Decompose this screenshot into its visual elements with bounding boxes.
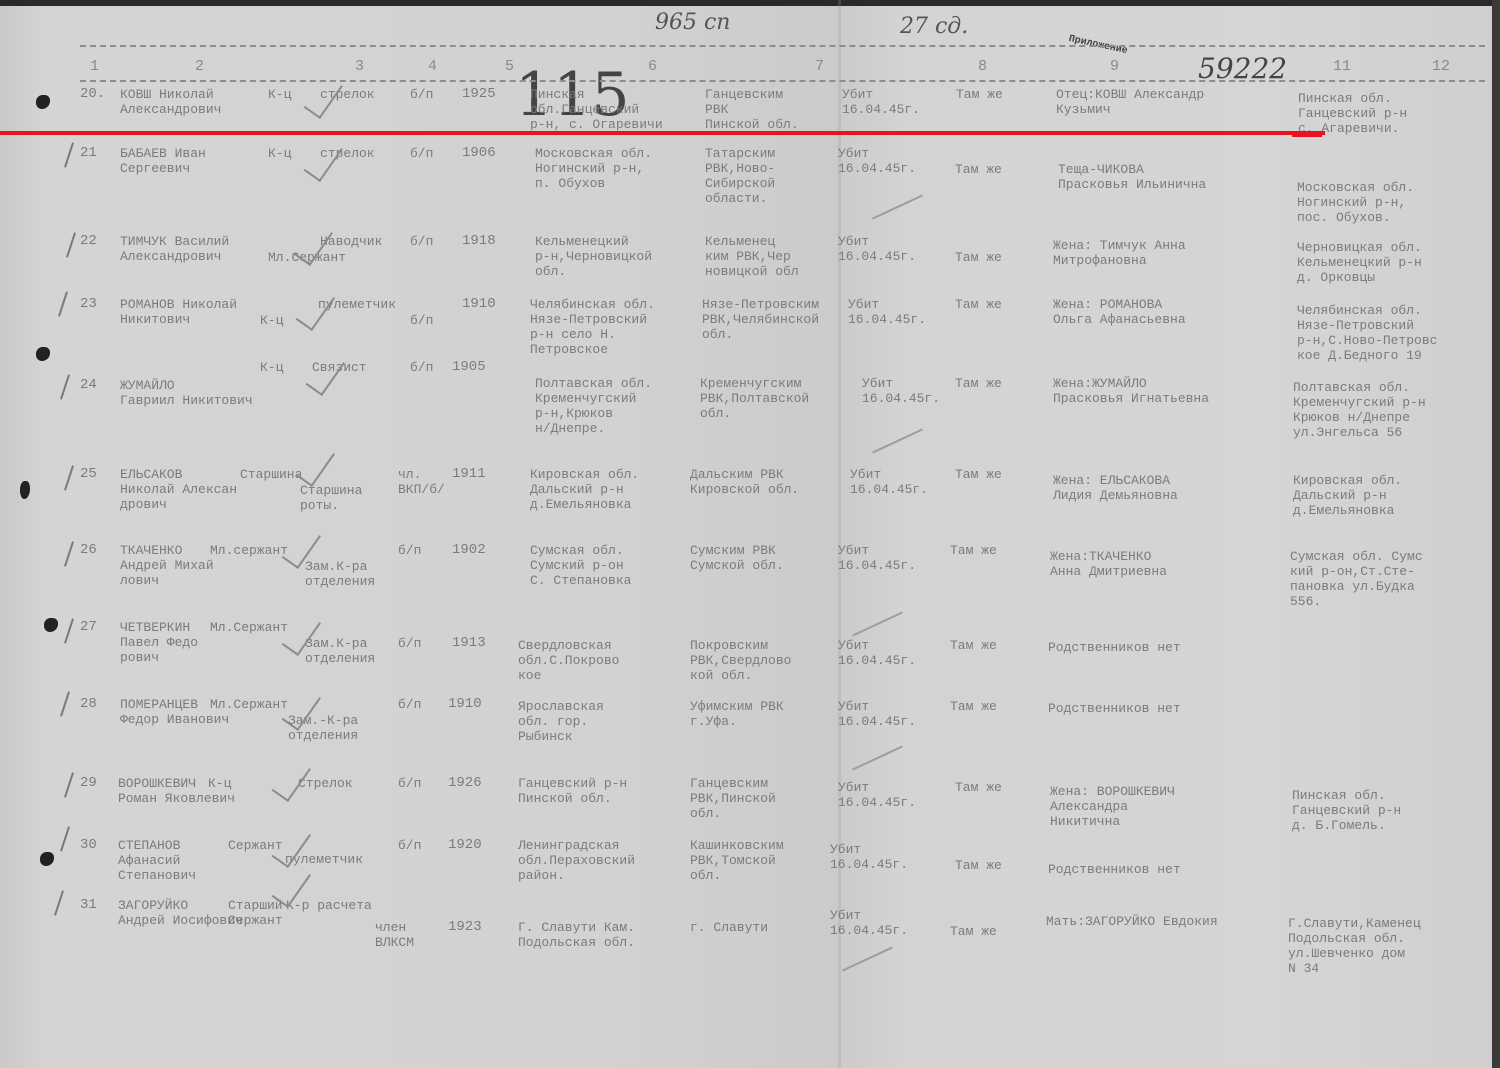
burial-place: Там же xyxy=(955,250,1002,265)
party-status: член ВЛКСМ xyxy=(375,920,414,950)
military-rank: Мл.сержант xyxy=(210,543,288,558)
ink-blot xyxy=(36,347,50,361)
birthplace: Г. Славути Кам. Подольская обл. xyxy=(518,920,635,950)
military-rank: К-ц xyxy=(208,776,231,791)
record-number: 27 xyxy=(80,620,97,635)
birthplace: Кировская обл. Дальский р-н д.Емельяновк… xyxy=(530,467,639,512)
position: Стрелок xyxy=(298,776,353,791)
draft-office: Ганцевским РВК Пинской обл. xyxy=(705,87,799,132)
record-number: 22 xyxy=(80,234,97,249)
fate-date: Убит 16.04.45г. xyxy=(838,146,916,176)
record-number: 25 xyxy=(80,467,97,482)
next-of-kin: Жена: РОМАНОВА Ольга Афанасьевна xyxy=(1053,297,1186,327)
birthplace: Свердловская обл.С.Покрово кое xyxy=(518,638,619,683)
margin-tick-mark xyxy=(64,618,74,643)
record-number: 30 xyxy=(80,838,97,853)
next-of-kin: Родственников нет xyxy=(1048,640,1181,655)
party-status: б/п xyxy=(398,838,421,853)
margin-tick-mark xyxy=(60,691,70,716)
margin-tick-mark xyxy=(64,541,74,566)
birthplace: Пинская обл.Ганцевский р-н, с. Огаревичи xyxy=(530,87,663,132)
draft-office: Кельменец ким РВК,Чер новицкой обл xyxy=(705,234,799,279)
column-number-6: 6 xyxy=(648,58,657,75)
soldier-name: ЕЛЬСАКОВ Николай Алексан дрович xyxy=(120,467,237,512)
burial-place: Там же xyxy=(950,699,997,714)
fate-date: Убит 16.04.45г. xyxy=(848,297,926,327)
position: Зам.К-ра отделения xyxy=(305,636,375,666)
header-rule-top xyxy=(80,45,1485,47)
burial-place: Там же xyxy=(956,87,1003,102)
red-highlight-underline xyxy=(0,131,1325,135)
birthplace: Ганцевский р-н Пинской обл. xyxy=(518,776,627,806)
draft-office: г. Славути xyxy=(690,920,768,935)
next-of-kin: Жена: Тимчук Анна Митрофановна xyxy=(1053,238,1186,268)
column-number-5: 5 xyxy=(505,58,514,75)
military-rank: К-ц xyxy=(268,146,291,161)
next-of-kin: Мать:ЗАГОРУЙКО Евдокия xyxy=(1046,914,1218,929)
burial-place: Там же xyxy=(955,858,1002,873)
next-of-kin: Отец:КОВШ Александр Кузьмич xyxy=(1056,87,1204,117)
margin-tick-mark xyxy=(54,890,64,915)
pencil-stroke xyxy=(842,946,893,971)
birth-year: 1926 xyxy=(448,776,482,791)
margin-tick-mark xyxy=(60,826,70,851)
military-rank: К-ц xyxy=(260,360,283,375)
handwritten-division-note: 27 сд. xyxy=(900,14,968,39)
birth-year: 1910 xyxy=(462,297,496,312)
fate-date: Убит 16.04.45г. xyxy=(830,842,908,872)
party-status: б/п xyxy=(410,87,433,102)
soldier-name: ЗАГОРУЙКО Андрей Иосифович xyxy=(118,898,243,928)
column-number-3: 3 xyxy=(355,58,364,75)
next-of-kin: Теща-ЧИКОВА Прасковья Ильинична xyxy=(1058,162,1206,192)
burial-place: Там же xyxy=(950,638,997,653)
burial-place: Там же xyxy=(955,780,1002,795)
margin-tick-mark xyxy=(58,291,68,316)
fate-date: Убит 16.04.45г. xyxy=(838,699,916,729)
home-address: Пинская обл. Ганцевский р-н с. Агаревичи… xyxy=(1298,91,1407,136)
draft-office: Татарским РВК,Ново- Сибирской области. xyxy=(705,146,775,206)
column-number-1: 1 xyxy=(90,58,99,75)
soldier-name: ТИМЧУК Василий Александрович xyxy=(120,234,229,264)
birthplace: Ярославская обл. гор. Рыбинск xyxy=(518,699,604,744)
scan-edge-right xyxy=(1492,0,1500,1068)
record-number: 24 xyxy=(80,378,97,393)
burial-place: Там же xyxy=(955,297,1002,312)
next-of-kin: Родственников нет xyxy=(1048,862,1181,877)
soldier-name: ЖУМАЙЛО Гавриил Никитович xyxy=(120,378,253,408)
position: Зам.К-ра отделения xyxy=(305,559,375,589)
draft-office: Ганцевским РВК,Пинской обл. xyxy=(690,776,776,821)
margin-tick-mark xyxy=(66,232,76,257)
record-number: 20. xyxy=(80,87,105,102)
home-address: Черновицкая обл. Кельменецкий р-н д. Орк… xyxy=(1297,240,1422,285)
record-number: 29 xyxy=(80,776,97,791)
scan-edge-top xyxy=(0,0,1500,6)
record-number: 28 xyxy=(80,697,97,712)
ink-blot xyxy=(36,95,50,109)
draft-office: Покровским РВК,Свердлово кой обл. xyxy=(690,638,791,683)
soldier-name: КОВШ Николай Александрович xyxy=(120,87,221,117)
military-rank: К-ц xyxy=(260,313,283,328)
birthplace: Сумская обл. Сумский р-он С. Степановка xyxy=(530,543,631,588)
next-of-kin: Жена: ВОРОШКЕВИЧ Александра Никитична xyxy=(1050,784,1175,829)
burial-place: Там же xyxy=(955,162,1002,177)
home-address: Пинская обл. Ганцевский р-н д. Б.Гомель. xyxy=(1292,788,1401,833)
ink-blot xyxy=(20,481,30,499)
scanned-document-page: 965 сп 27 сд. Приложение 59222 115 1 2 3… xyxy=(0,0,1500,1068)
next-of-kin: Жена:ЖУМАЙЛО Прасковья Игнатьевна xyxy=(1053,376,1209,406)
ink-blot xyxy=(44,618,58,632)
draft-office: Уфимским РВК г.Уфа. xyxy=(690,699,784,729)
party-status: б/п xyxy=(410,146,433,161)
column-number-8: 8 xyxy=(978,58,987,75)
birth-year: 1920 xyxy=(448,838,482,853)
home-address: Сумская обл. Сумс кий р-он,Ст.Сте- панов… xyxy=(1290,549,1423,609)
party-status: б/п xyxy=(398,776,421,791)
birth-year: 1905 xyxy=(452,360,486,375)
birthplace: Московская обл. Ногинский р-н, п. Обухов xyxy=(535,146,652,191)
birth-year: 1902 xyxy=(452,543,486,558)
home-address: Челябинская обл. Нязе-Петровский р-н,С.Н… xyxy=(1297,303,1437,363)
fate-date: Убит 16.04.45г. xyxy=(838,543,916,573)
draft-office: Кременчугским РВК,Полтавской обл. xyxy=(700,376,809,421)
next-of-kin: Жена: ЕЛЬСАКОВА Лидия Демьяновна xyxy=(1053,473,1178,503)
fate-date: Убит 16.04.45г. xyxy=(830,908,908,938)
birth-year: 1906 xyxy=(462,146,496,161)
party-status: б/п xyxy=(398,697,421,712)
column-number-7: 7 xyxy=(815,58,824,75)
margin-tick-mark xyxy=(60,374,70,399)
column-number-11: 11 xyxy=(1333,58,1351,75)
record-number: 31 xyxy=(80,898,97,913)
pencil-stroke xyxy=(872,194,923,219)
margin-tick-mark xyxy=(64,465,74,490)
soldier-name: БАБАЕВ Иван Сергеевич xyxy=(120,146,206,176)
birthplace: Челябинская обл. Нязе-Петровский р-н сел… xyxy=(530,297,655,357)
birth-year: 1910 xyxy=(448,697,482,712)
birth-year: 1925 xyxy=(462,87,496,102)
draft-office: Дальским РВК Кировской обл. xyxy=(690,467,799,497)
birthplace: Ленинградская обл.Пераховский район. xyxy=(518,838,635,883)
birth-year: 1911 xyxy=(452,467,486,482)
next-of-kin: Жена:ТКАЧЕНКО Анна Дмитриевна xyxy=(1050,549,1167,579)
soldier-name: ЧЕТВЕРКИН Павел Федо рович xyxy=(120,620,198,665)
home-address: Г.Славути,Каменец Подольская обл. ул.Шев… xyxy=(1288,916,1421,976)
position: К-р расчета xyxy=(286,898,372,913)
red-highlight-tick xyxy=(1292,133,1322,137)
birth-year: 1913 xyxy=(452,636,486,651)
column-number-2: 2 xyxy=(195,58,204,75)
military-rank: Мл.Сержант xyxy=(210,620,288,635)
column-number-9: 9 xyxy=(1110,58,1119,75)
birth-year: 1918 xyxy=(462,234,496,249)
record-number: 26 xyxy=(80,543,97,558)
draft-office: Кашинковским РВК,Томской обл. xyxy=(690,838,784,883)
fate-date: Убит 16.04.45г. xyxy=(850,467,928,497)
party-status: б/п xyxy=(410,360,433,375)
handwritten-regiment-note: 965 сп xyxy=(655,10,730,35)
ink-blot xyxy=(40,852,54,866)
next-of-kin: Родственников нет xyxy=(1048,701,1181,716)
record-number: 21 xyxy=(80,146,97,161)
header-rule-bottom xyxy=(80,80,1485,82)
position: Старшина роты. xyxy=(300,483,362,513)
party-status: б/п xyxy=(410,234,433,249)
draft-office: Сумским РВК Сумской обл. xyxy=(690,543,784,573)
military-rank: Мл.Сержант xyxy=(210,697,288,712)
birth-year: 1923 xyxy=(448,920,482,935)
birthplace: Кельменецкий р-н,Черновицкой обл. xyxy=(535,234,652,279)
record-number: 23 xyxy=(80,297,97,312)
burial-place: Там же xyxy=(955,467,1002,482)
soldier-name: ТКАЧЕНКО Андрей Михай лович xyxy=(120,543,214,588)
home-address: Полтавская обл. Кременчугский р-н Крюков… xyxy=(1293,380,1426,440)
fate-date: Убит 16.04.45г. xyxy=(862,376,940,406)
draft-office: Нязе-Петровским РВК,Челябинской обл. xyxy=(702,297,819,342)
burial-place: Там же xyxy=(950,924,997,939)
birthplace: Полтавская обл. Кременчугский р-н,Крюков… xyxy=(535,376,652,436)
soldier-name: СТЕПАНОВ Афанасий Степанович xyxy=(118,838,196,883)
fate-date: Убит 16.04.45г. xyxy=(838,780,916,810)
home-address: Кировская обл. Дальский р-н д.Емельяновк… xyxy=(1293,473,1402,518)
military-rank: К-ц xyxy=(268,87,291,102)
burial-place: Там же xyxy=(955,376,1002,391)
fate-date: Убит 16.04.45г. xyxy=(842,87,920,117)
party-status: б/п xyxy=(398,543,421,558)
party-status: б/п xyxy=(398,636,421,651)
fate-date: Убит 16.04.45г. xyxy=(838,234,916,264)
pencil-stroke xyxy=(852,611,903,636)
soldier-name: РОМАНОВ Николай Никитович xyxy=(120,297,237,327)
burial-place: Там же xyxy=(950,543,997,558)
party-status: чл. ВКП/б/ xyxy=(398,467,445,497)
party-status: б/п xyxy=(410,313,433,328)
pencil-stroke xyxy=(872,428,923,453)
military-rank: Старший Сержант xyxy=(228,898,283,928)
margin-tick-mark xyxy=(64,142,74,167)
home-address: Московская обл. Ногинский р-н, пос. Обух… xyxy=(1297,180,1414,225)
military-rank: Старшина xyxy=(240,467,302,482)
fate-date: Убит 16.04.45г. xyxy=(838,638,916,668)
margin-tick-mark xyxy=(64,772,74,797)
column-number-12: 12 xyxy=(1432,58,1450,75)
pencil-stroke xyxy=(852,745,903,770)
column-number-4: 4 xyxy=(428,58,437,75)
